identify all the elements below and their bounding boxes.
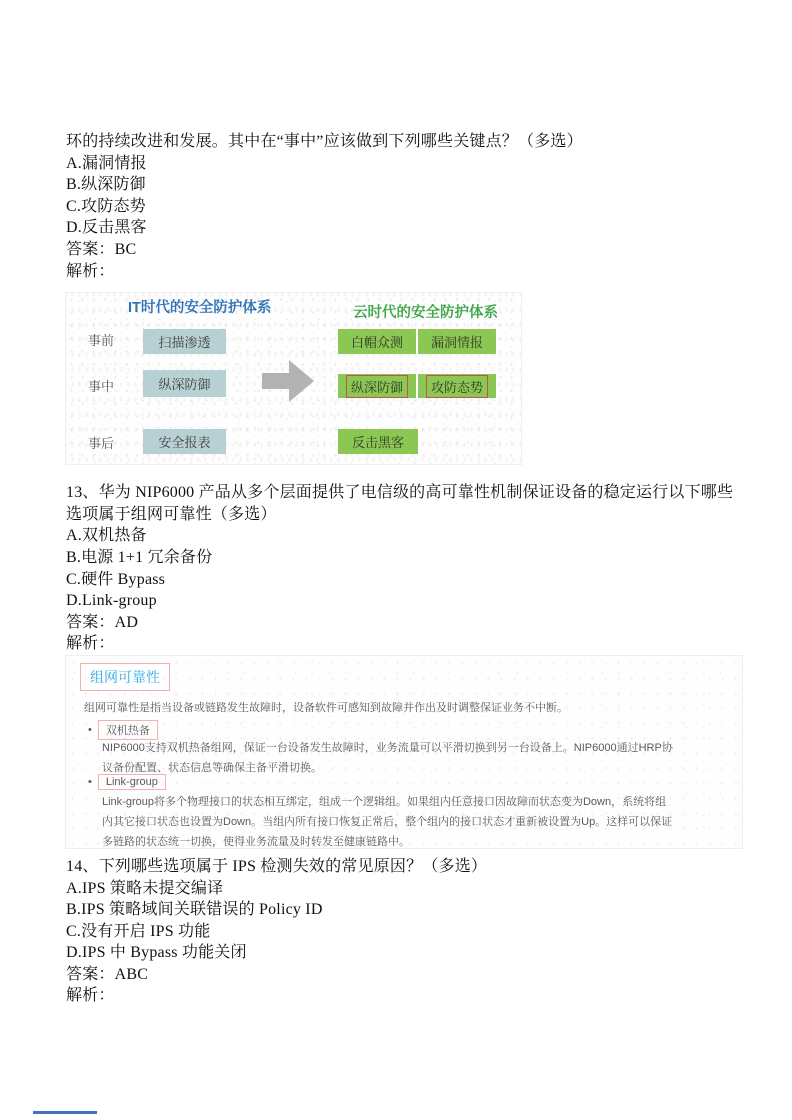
answer-label: 答案：	[66, 241, 115, 258]
cloud-row-before: 白帽众测 漏洞情报	[338, 329, 496, 354]
question-12-analysis-label: 解析：	[66, 261, 736, 283]
cloud-row-after: 反击黑客	[338, 429, 418, 454]
cloud-box-defense: 纵深防御	[338, 374, 416, 398]
answer-label: 答案：	[66, 966, 115, 983]
partial-next-element-edge	[33, 1111, 97, 1114]
question-12-option-c: C.攻防态势	[66, 196, 736, 218]
question-12-block: 环的持续改进和发展。其中在“事中”应该做到下列哪些关键点？（多选） A.漏洞情报…	[66, 131, 736, 282]
right-arrow-icon	[262, 360, 314, 402]
bullet-dot-icon: •	[88, 724, 92, 736]
question-12-option-a: A.漏洞情报	[66, 153, 736, 175]
answer-value: AD	[115, 614, 139, 631]
document-page: 环的持续改进和发展。其中在“事中”应该做到下列哪些关键点？（多选） A.漏洞情报…	[0, 0, 792, 1120]
highlight-box: 纵深防御	[346, 375, 408, 398]
question-14-option-c: C.没有开启 IPS 功能	[66, 921, 736, 943]
question-13-analysis-label: 解析：	[66, 633, 736, 655]
question-14-stem: 14、下列哪些选项属于 IPS 检测失效的常见原因？（多选）	[66, 856, 736, 878]
diagram-right-title: 云时代的安全防护体系	[353, 301, 498, 322]
paragraph-line: 多链路的状态统一切换，使得业务流量及时转发至健康链路中。	[102, 832, 672, 852]
question-13-option-a: A.双机热备	[66, 525, 736, 547]
bullet-label-link-group: Link-group	[98, 774, 166, 790]
link-group-paragraph: Link-group将多个物理接口的状态相互绑定，组成一个逻辑组。如果组内任意接…	[102, 792, 672, 852]
screenshot-title-badge: 组网可靠性	[80, 663, 170, 691]
answer-value: BC	[115, 241, 137, 258]
cloud-row-during: 纵深防御 攻防态势	[338, 374, 496, 398]
question-12-option-d: D.反击黑客	[66, 217, 736, 239]
question-14-option-d: D.IPS 中 Bypass 功能关闭	[66, 942, 736, 964]
question-14-answer-line: 答案：ABC	[66, 964, 736, 986]
stage-label-before: 事前	[88, 330, 114, 349]
answer-label: 答案：	[66, 614, 115, 631]
stage-label-during: 事中	[88, 376, 114, 395]
question-13-option-d: D.Link-group	[66, 590, 736, 612]
diagram-left-title: IT时代的安全防护体系	[128, 296, 271, 317]
question-12-answer-line: 答案：BC	[66, 239, 736, 261]
paragraph-line: 内其它接口状态也设置为Down。当组内所有接口恢复正常后，整个组内的接口状态才重…	[102, 812, 672, 832]
paragraph-line: 议备份配置、状态信息等确保主备平滑切换。	[102, 758, 673, 778]
left-box-scan: 扫描渗透	[143, 329, 226, 354]
highlight-box: 攻防态势	[426, 375, 488, 398]
question-12-stem: 环的持续改进和发展。其中在“事中”应该做到下列哪些关键点？（多选）	[66, 131, 736, 153]
cloud-box-counterattack: 反击黑客	[338, 429, 418, 454]
paragraph-line: NIP6000支持双机热备组网，保证一台设备发生故障时，业务流量可以平滑切换到另…	[102, 738, 673, 758]
cloud-box-vuln-intel: 漏洞情报	[418, 329, 496, 354]
hot-standby-paragraph: NIP6000支持双机热备组网，保证一台设备发生故障时，业务流量可以平滑切换到另…	[102, 738, 673, 778]
paragraph-line: Link-group将多个物理接口的状态相互绑定，组成一个逻辑组。如果组内任意接…	[102, 792, 672, 812]
bullet-label-hot-standby: 双机热备	[98, 720, 158, 740]
question-13-option-b: B.电源 1+1 冗余备份	[66, 547, 736, 569]
question-13-option-c: C.硬件 Bypass	[66, 569, 736, 591]
question-13-stem-line1: 13、华为 NIP6000 产品从多个层面提供了电信级的高可靠性机制保证设备的稳…	[66, 482, 736, 504]
stage-label-after: 事后	[88, 433, 114, 452]
question-13-answer-line: 答案：AD	[66, 612, 736, 634]
question-14-block: 14、下列哪些选项属于 IPS 检测失效的常见原因？（多选） A.IPS 策略未…	[66, 856, 736, 1007]
cloud-box-posture: 攻防态势	[418, 374, 496, 398]
left-box-defense: 纵深防御	[143, 370, 226, 397]
question-14-option-b: B.IPS 策略域间关联错误的 Policy ID	[66, 899, 736, 921]
bullet-hot-standby: • 双机热备	[88, 720, 158, 740]
screenshot-intro-text: 组网可靠性是指当设备或链路发生故障时，设备软件可感知到故障并作出及时调整保证业务…	[84, 698, 568, 718]
bullet-link-group: • Link-group	[88, 774, 166, 790]
question-13-block: 13、华为 NIP6000 产品从多个层面提供了电信级的高可靠性机制保证设备的稳…	[66, 482, 736, 655]
security-architecture-diagram-image: IT时代的安全防护体系 云时代的安全防护体系 事前 事中 事后 扫描渗透 纵深防…	[65, 292, 522, 465]
question-14-analysis-label: 解析：	[66, 985, 736, 1007]
bullet-dot-icon: •	[88, 776, 92, 788]
cloud-box-whitehat: 白帽众测	[338, 329, 416, 354]
answer-value: ABC	[115, 966, 149, 983]
question-12-option-b: B.纵深防御	[66, 174, 736, 196]
left-box-report: 安全报表	[143, 429, 226, 454]
question-13-stem-line2: 选项属于组网可靠性（多选）	[66, 504, 736, 526]
network-reliability-screenshot-image: 组网可靠性 组网可靠性是指当设备或链路发生故障时，设备软件可感知到故障并作出及时…	[65, 655, 743, 849]
question-14-option-a: A.IPS 策略未提交编译	[66, 878, 736, 900]
